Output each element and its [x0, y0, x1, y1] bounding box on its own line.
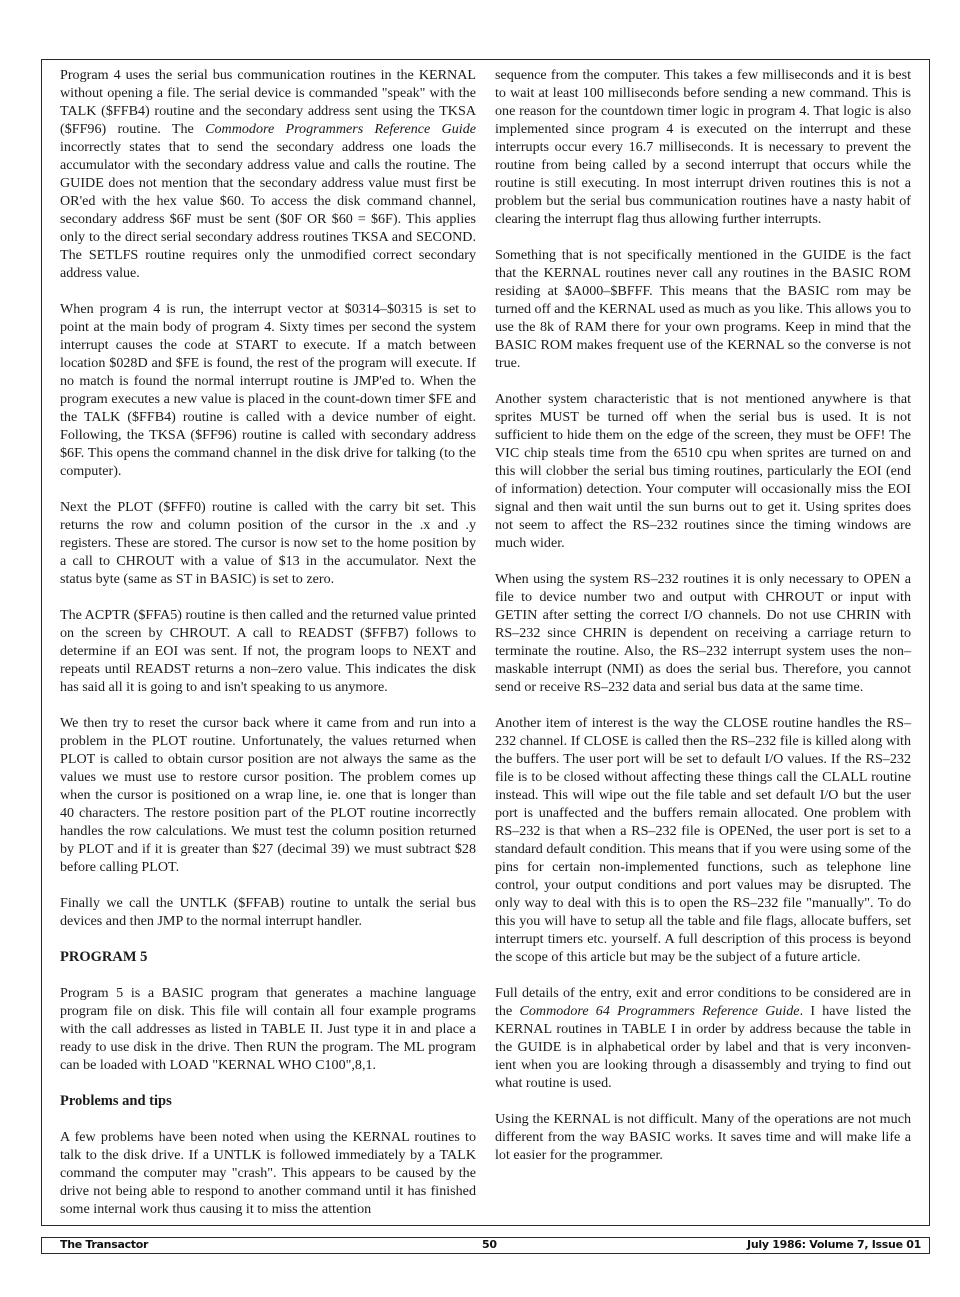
book-title: Commodore Programmers Reference Guide	[205, 121, 476, 137]
paragraph: Another system characteristic that is no…	[495, 390, 911, 552]
paragraph: Using the KERNAL is not difficult. Many …	[495, 1110, 911, 1164]
left-column: Program 4 uses the serial bus communicat…	[60, 66, 476, 1218]
paragraph: A few problems have been noted when usin…	[60, 1128, 476, 1218]
publication-name: The Transactor	[60, 1238, 148, 1252]
section-heading: PROGRAM 5	[60, 948, 476, 966]
paragraph: Program 4 uses the serial bus communicat…	[60, 66, 476, 282]
paragraph: When using the system RS–232 routines it…	[495, 570, 911, 696]
paragraph: Program 5 is a BASIC program that genera…	[60, 984, 476, 1074]
paragraph: When program 4 is run, the interrupt vec…	[60, 300, 476, 480]
page-number: 50	[482, 1238, 497, 1252]
paragraph: The ACPTR ($FFA5) routine is then called…	[60, 606, 476, 696]
paragraph: Next the PLOT ($FFF0) routine is called …	[60, 498, 476, 588]
paragraph: Finally we call the UNTLK ($FFAB) routin…	[60, 894, 476, 930]
right-column: sequence from the computer. This takes a…	[495, 66, 911, 1164]
paragraph: Something that is not specifically menti…	[495, 246, 911, 372]
book-title: Commodore 64 Programmers Reference Guide	[519, 1003, 799, 1019]
page-footer: The Transactor 50 July 1986: Volume 7, I…	[41, 1237, 930, 1254]
paragraph: Another item of interest is the way the …	[495, 714, 911, 966]
paragraph: Full details of the entry, exit and erro…	[495, 984, 911, 1092]
paragraph: We then try to reset the cursor back whe…	[60, 714, 476, 876]
paragraph: sequence from the computer. This takes a…	[495, 66, 911, 228]
section-heading: Problems and tips	[60, 1092, 476, 1110]
issue-info: July 1986: Volume 7, Issue 01	[747, 1238, 921, 1252]
text-run: incorrectly states that to send the seco…	[60, 139, 476, 281]
